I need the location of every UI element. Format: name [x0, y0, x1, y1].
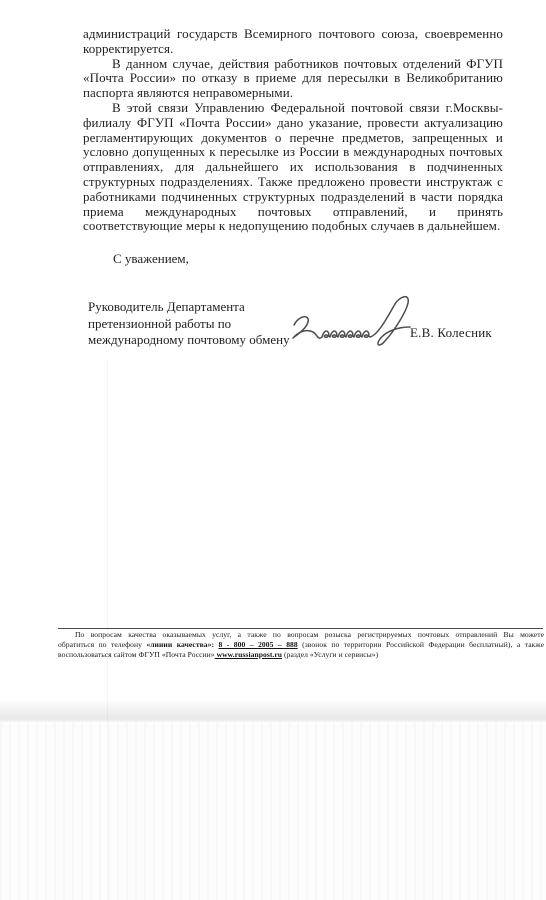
footer-note: По вопросам качества оказываемых услуг, …	[58, 628, 544, 660]
letter-body: администраций государств Всемирного почт…	[83, 27, 503, 234]
body-paragraph: администраций государств Всемирного почт…	[83, 27, 503, 57]
footer-text: воспользоваться сайтом ФГУП «Почта Росси…	[58, 650, 215, 659]
footer-text: (звонок по территории Российской Федерац…	[298, 640, 544, 649]
body-paragraph: В этой связи Управлению Федеральной почт…	[83, 101, 503, 234]
footer-note-line: По вопросам качества оказываемых услуг, …	[58, 630, 544, 640]
body-paragraph: В данном случае, действия работников поч…	[83, 57, 503, 101]
footer-note-line: обратиться по телефону «линии качества»:…	[58, 640, 544, 650]
scanned-letter-page: администраций государств Всемирного почт…	[0, 0, 546, 900]
footer-divider	[58, 628, 543, 629]
quality-line-phone: 8 - 800 – 2005 – 888	[218, 640, 297, 649]
handwritten-signature-icon	[288, 293, 428, 356]
footer-text: обратиться по телефону	[58, 640, 146, 649]
quality-line-label: «линии качества»:	[146, 640, 218, 649]
signer-name: Е.В. Колесник	[410, 325, 492, 341]
page-edge-shadow	[0, 701, 546, 723]
footer-note-line: воспользоваться сайтом ФГУП «Почта Росси…	[58, 650, 544, 660]
website-url: www.russianpost.ru	[215, 650, 282, 659]
scanner-background	[0, 722, 546, 900]
footer-text: (раздел «Услуги и сервисы»)	[282, 650, 378, 659]
closing-salutation: С уважением,	[113, 251, 189, 267]
scan-fold-artifact	[107, 360, 108, 900]
